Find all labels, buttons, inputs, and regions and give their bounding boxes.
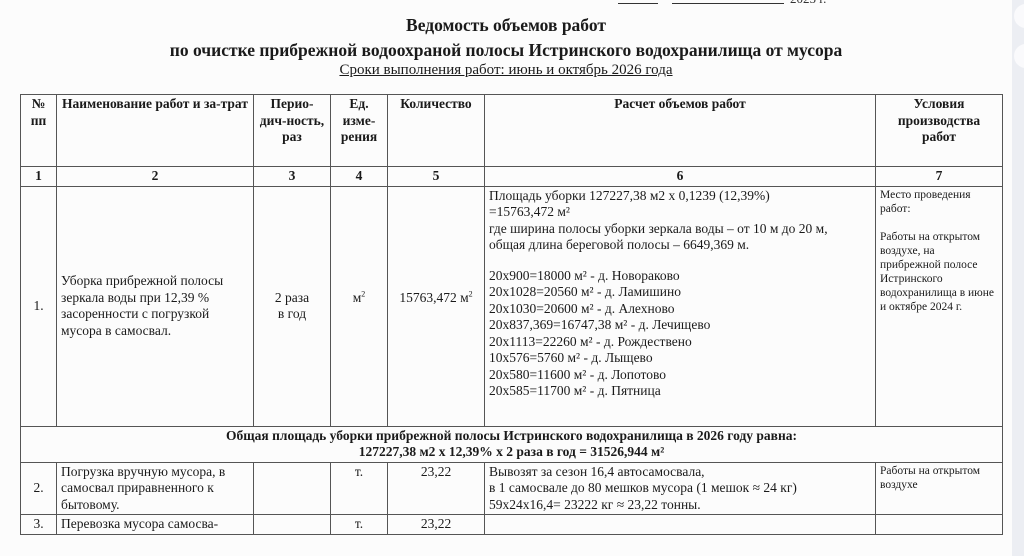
calc-line: =15763,472 м²	[489, 204, 871, 221]
signature-line-short	[618, 3, 658, 4]
row-unit: м2	[331, 186, 388, 426]
row-qty: 23,22	[388, 515, 485, 535]
viewer-side-panel	[1012, 0, 1024, 556]
row-calc: Площадь уборки 127227,38 м2 х 0,1239 (12…	[485, 186, 876, 426]
total-row: Общая площадь уборки прибрежной полосы И…	[21, 426, 1003, 462]
signature-line-long	[672, 3, 784, 4]
qty-text: 15763,472 м	[399, 290, 468, 305]
total-summary: Общая площадь уборки прибрежной полосы И…	[21, 426, 1003, 462]
calc-line: где ширина полосы уборки зеркала воды – …	[489, 221, 871, 238]
header-period: Перио-дич-ность, раз	[254, 95, 331, 167]
row-work-name: Перевозка мусора самосва-	[57, 515, 254, 535]
qty-sup: 2	[469, 289, 473, 298]
calc-line: Вывозят за сезон 16,4 автосамосвала,	[489, 464, 871, 481]
row-unit: т.	[331, 462, 388, 515]
calc-line: общая длина береговой полосы – 6649,369 …	[489, 237, 871, 254]
header-num: № пп	[21, 95, 57, 167]
column-number: 2	[57, 167, 254, 187]
column-number: 5	[388, 167, 485, 187]
row-calc: Вывозят за сезон 16,4 автосамосвала,в 1 …	[485, 462, 876, 515]
row-qty: 23,22	[388, 462, 485, 515]
calc-line: в 1 самосвале до 80 мешков мусора (1 меш…	[489, 480, 871, 497]
period-line: в год	[258, 306, 326, 323]
table-row: 1. Уборка прибрежной полосы зеркала воды…	[21, 186, 1003, 426]
condition-line: Работы на открытом воздухе, на прибрежно…	[880, 230, 998, 314]
work-volume-table: № пп Наименование работ и за-трат Перио-…	[20, 94, 1003, 535]
document-page: 2025 г. Ведомость объемов работ по очист…	[0, 0, 1012, 556]
approval-date-fragment: 2025 г.	[790, 0, 826, 7]
table-row: 3. Перевозка мусора самосва- т. 23,22	[21, 515, 1003, 535]
row-conditions	[876, 515, 1003, 535]
period-line: 2 раза	[258, 290, 326, 307]
calc-item: 20x1030=20600 м² - д. Алехново	[489, 301, 871, 318]
column-number-row: 1 2 3 4 5 6 7	[21, 167, 1003, 187]
row-num: 3.	[21, 515, 57, 535]
calc-line: 59х24х16,4= 23222 кг ≈ 23,22 тонны.	[489, 497, 871, 514]
row-num: 1.	[21, 186, 57, 426]
table-header-row: № пп Наименование работ и за-трат Перио-…	[21, 95, 1003, 167]
row-period: 2 раза в год	[254, 186, 331, 426]
header-qty: Количество	[388, 95, 485, 167]
total-line-1: Общая площадь уборки прибрежной полосы И…	[25, 428, 998, 445]
calc-line: Площадь уборки 127227,38 м2 х 0,1239 (12…	[489, 188, 871, 205]
calc-item: 20x585=11700 м² - д. Пятница	[489, 383, 871, 400]
document-title: Ведомость объемов работ	[0, 15, 1012, 36]
column-number: 3	[254, 167, 331, 187]
row-qty: 15763,472 м2	[388, 186, 485, 426]
row-period	[254, 515, 331, 535]
document-subtitle: по очистке прибрежной водоохраной полосы…	[0, 40, 1012, 61]
work-schedule: Сроки выполнения работ: июнь и октябрь 2…	[0, 62, 1012, 79]
header-name: Наименование работ и за-трат	[57, 95, 254, 167]
header-unit: Ед. изме-рения	[331, 95, 388, 167]
condition-line	[880, 216, 998, 230]
unit-text: м	[353, 290, 362, 305]
header-conditions: Условия производства работ	[876, 95, 1003, 167]
calc-item: 20x1028=20560 м² - д. Ламишино	[489, 284, 871, 301]
row-conditions: Работы на открытом воздухе	[876, 462, 1003, 515]
row-calc	[485, 515, 876, 535]
condition-line: Место проведения работ:	[880, 188, 998, 216]
table-row: 2. Погрузка вручную мусора, в самосвал п…	[21, 462, 1003, 515]
row-work-name: Уборка прибрежной полосы зеркала воды пр…	[57, 186, 254, 426]
row-num: 2.	[21, 462, 57, 515]
calc-item: 20x900=18000 м² - д. Новораково	[489, 268, 871, 285]
calc-item: 20x837,369=16747,38 м² - д. Лечищево	[489, 317, 871, 334]
column-number: 4	[331, 167, 388, 187]
column-number: 6	[485, 167, 876, 187]
row-period	[254, 462, 331, 515]
calc-item: 20x580=11600 м² - д. Лопотово	[489, 367, 871, 384]
unit-sup: 2	[361, 289, 365, 298]
row-work-name: Погрузка вручную мусора, в самосвал прир…	[57, 462, 254, 515]
header-calc: Расчет объемов работ	[485, 95, 876, 167]
column-number: 7	[876, 167, 1003, 187]
calc-item: 20x1113=22260 м² - д. Рождествено	[489, 334, 871, 351]
column-number: 1	[21, 167, 57, 187]
calc-item: 10x576=5760 м² - д. Лыщево	[489, 350, 871, 367]
total-line-2: 127227,38 м2 х 12,39% х 2 раза в год = 3…	[25, 444, 998, 461]
row-unit: т.	[331, 515, 388, 535]
row-conditions: Место проведения работ:Работы на открыто…	[876, 186, 1003, 426]
